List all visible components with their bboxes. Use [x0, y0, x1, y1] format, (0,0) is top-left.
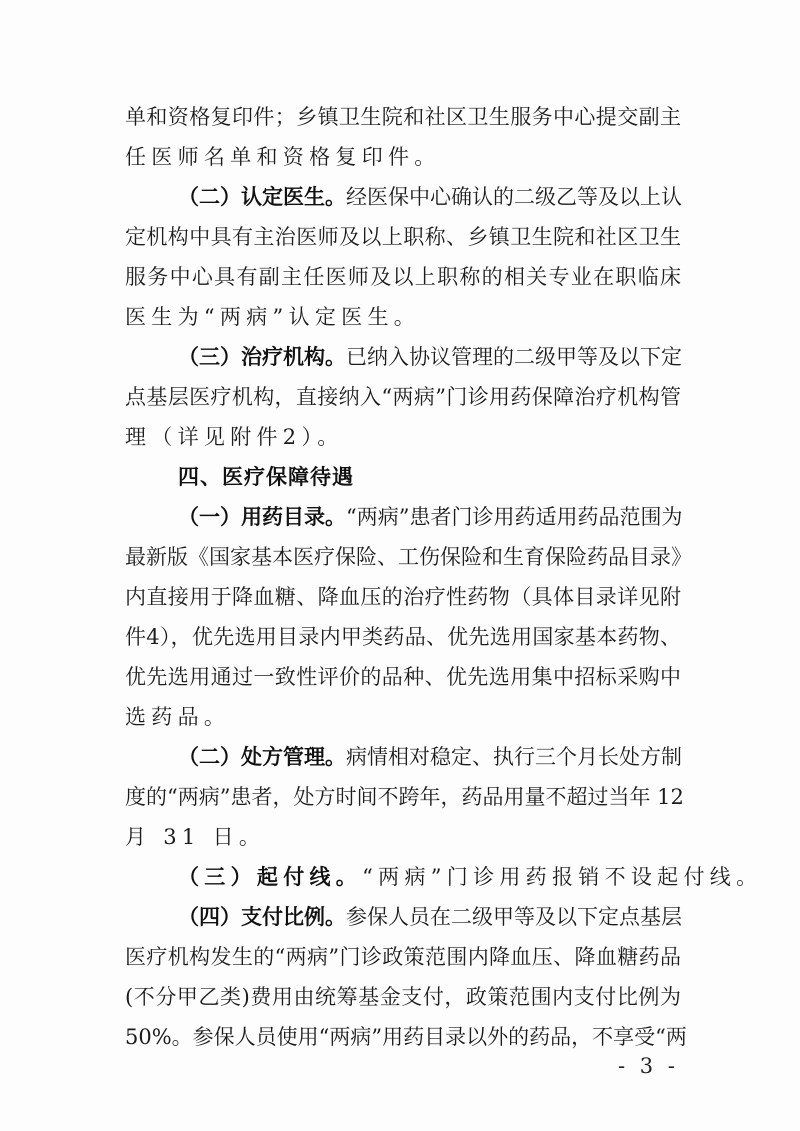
subsection-label: （三）起付线。: [178, 864, 362, 889]
subsection-line: （二）处方管理。病情相对稳定、执行三个月长处方制: [125, 737, 681, 777]
body-line: 优先选用通过一致性评价的品种、优先选用集中招标采购中: [125, 657, 681, 697]
body-line: 选药品。: [125, 697, 681, 737]
body-line: 件4），优先选用目录内甲类药品、优先选用国家基本药物、: [125, 617, 681, 657]
body-line: 50%。参保人员使用“两病”用药目录以外的药品，不享受“两: [125, 1017, 681, 1057]
subsection-label: （三）治疗机构。: [178, 344, 346, 369]
body-line: 度的“两病”患者，处方时间不跨年，药品用量不超过当年 12: [125, 777, 681, 817]
page-number: - 3 -: [618, 1054, 679, 1078]
body-line: 服务中心具有副主任医师及以上职称的相关专业在职临床: [125, 257, 681, 297]
subsection-line: （一）用药目录。“两病”患者门诊用药适用药品范围为: [125, 497, 681, 537]
body-line: 点基层医疗机构，直接纳入“两病”门诊用药保障治疗机构管: [125, 377, 681, 417]
body-line: 定机构中具有主治医师及以上职称、乡镇卫生院和社区卫生: [125, 217, 681, 257]
subsection-label: （四）支付比例。: [178, 904, 346, 929]
subsection-line: （二）认定医生。经医保中心确认的二级乙等及以上认: [125, 177, 681, 217]
subsection-label: （二）处方管理。: [178, 744, 346, 769]
body-line: 单和资格复印件；乡镇卫生院和社区卫生服务中心提交副主: [125, 97, 681, 137]
subsection-line: （三）治疗机构。已纳入协议管理的二级甲等及以下定: [125, 337, 681, 377]
body-line: 月 31 日。: [125, 817, 681, 857]
section-heading: 四、医疗保障待遇: [178, 465, 354, 489]
subsection-line: （三）起付线。“两病”门诊用药报销不设起付线。: [125, 857, 681, 897]
body-line: 理（详见附件2）。: [125, 417, 681, 457]
body-line: 任医师名单和资格复印件。: [125, 137, 681, 177]
document-body: 单和资格复印件；乡镇卫生院和社区卫生服务中心提交副主 任医师名单和资格复印件。 …: [125, 97, 681, 1057]
body-line: 医疗机构发生的“两病”门诊政策范围内降血压、降血糖药品: [125, 937, 681, 977]
body-line: 内直接用于降血糖、降血压的治疗性药物（具体目录详见附: [125, 577, 681, 617]
subsection-label: （二）认定医生。: [178, 184, 346, 209]
document-page: 单和资格复印件；乡镇卫生院和社区卫生服务中心提交副主 任医师名单和资格复印件。 …: [0, 0, 800, 1131]
subsection-label: （一）用药目录。: [178, 504, 346, 529]
body-line: 最新版《国家基本医疗保险、工伤保险和生育保险药品目录》: [125, 537, 681, 577]
section-heading-line: 四、医疗保障待遇: [125, 457, 681, 497]
body-line: 医生为“两病”认定医生。: [125, 297, 681, 337]
subsection-line: （四）支付比例。参保人员在二级甲等及以下定点基层: [125, 897, 681, 937]
body-line: (不分甲乙类)费用由统筹基金支付，政策范围内支付比例为: [125, 977, 681, 1017]
